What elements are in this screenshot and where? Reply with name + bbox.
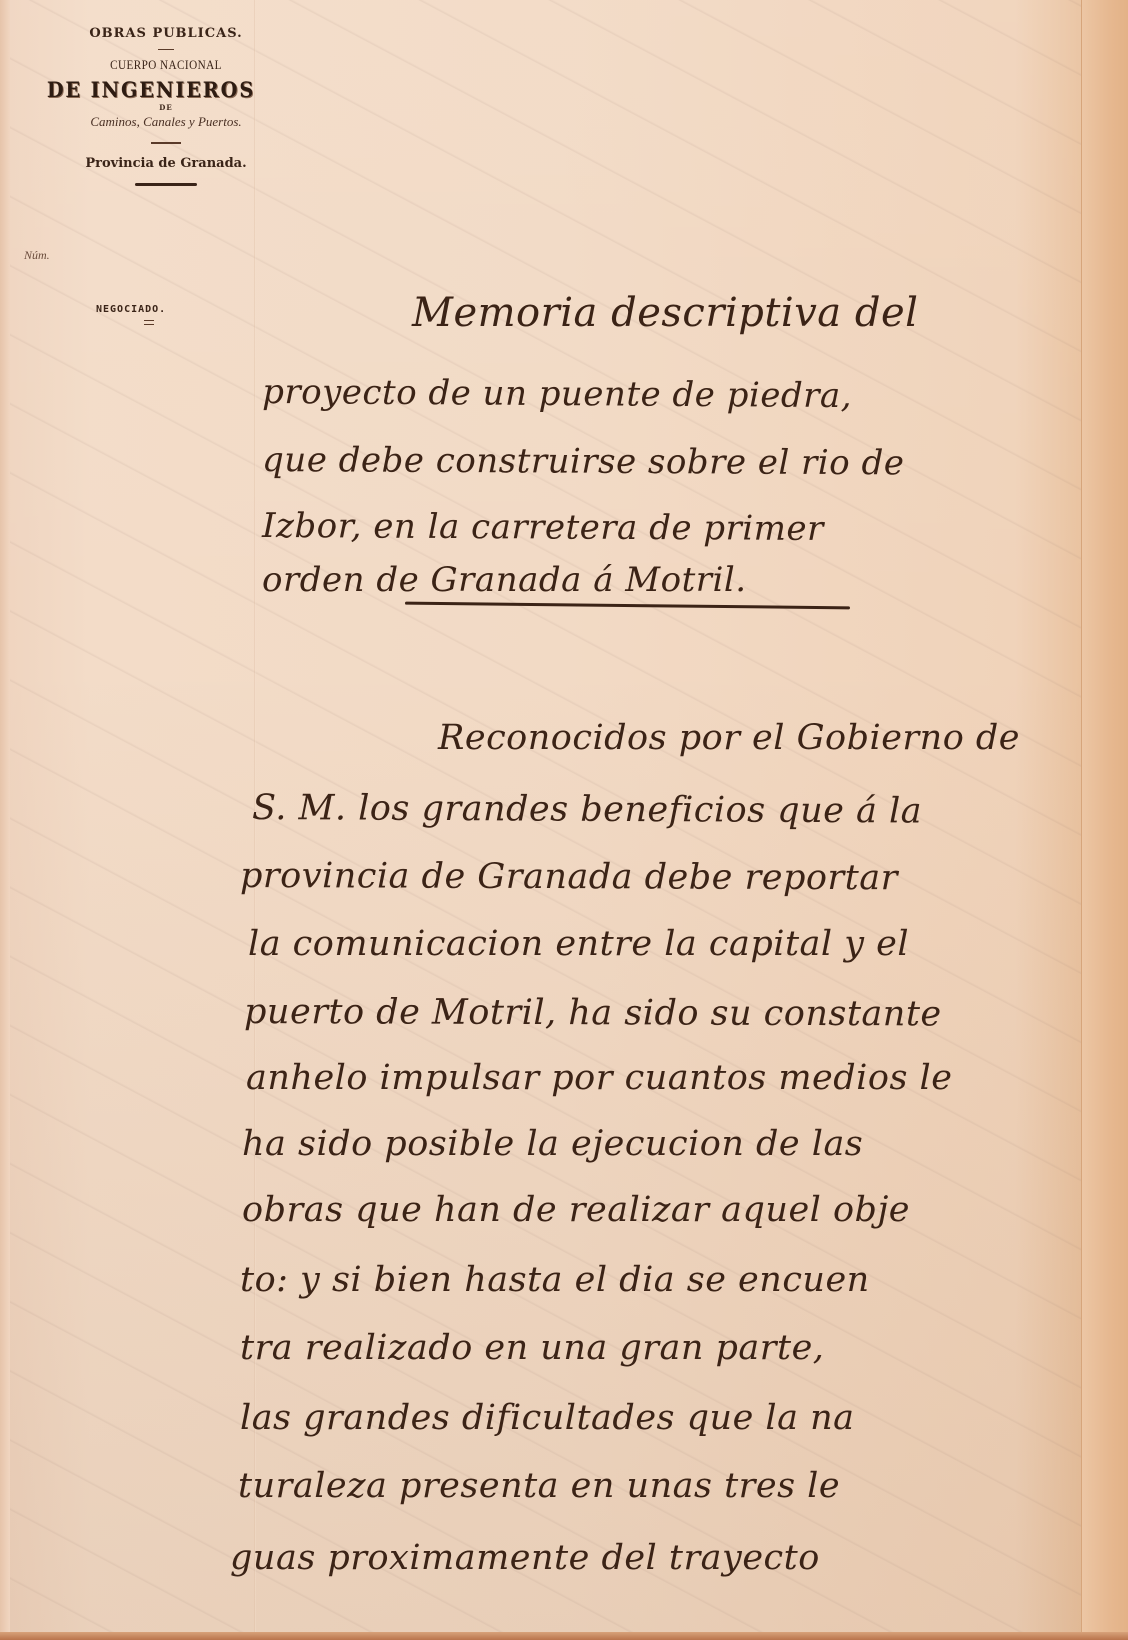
body-line: las grandes dificultades que la na [240, 1398, 855, 1438]
letterhead-province: Provincia de Granada. [50, 156, 282, 171]
body-line: guas proximamente del trayecto [230, 1538, 820, 1578]
body-line: obras que han de realizar aquel obje [242, 1190, 910, 1230]
title-line: Izbor, en la carretera de primer [262, 506, 824, 549]
letterhead-divider [135, 183, 197, 186]
body-line: la comunicacion entre la capital y el [248, 924, 909, 964]
letterhead-corps-line2: DE INGENIEROS [30, 77, 271, 102]
body-line: puerto de Motril, ha sido su constante [244, 992, 942, 1034]
manuscript-page: OBRAS PUBLICAS. CUERPO NACIONAL DE INGEN… [0, 0, 1128, 1640]
body-line: anhelo impulsar por cuantos medios le [246, 1058, 952, 1098]
letterhead-section-rule [144, 320, 154, 325]
body-line: S. M. los grandes beneficios que á la [252, 788, 922, 832]
page-left-edge [0, 0, 10, 1640]
body-line: ha sido posible la ejecucion de las [242, 1124, 863, 1164]
page-bottom-edge [0, 1632, 1128, 1640]
letterhead-section-label: NEGOCIADO. [96, 304, 166, 315]
letterhead: OBRAS PUBLICAS. CUERPO NACIONAL DE INGEN… [20, 26, 282, 186]
body-line: Reconocidos por el Gobierno de [438, 718, 1020, 758]
title-line: orden de Granada á Motril. [262, 560, 747, 600]
body-line: turaleza presenta en unas tres le [238, 1466, 840, 1506]
title-line: que debe construirse sobre el rio de [262, 440, 905, 483]
letterhead-number-label: Núm. [24, 248, 50, 263]
letterhead-divider [158, 49, 174, 50]
adjacent-sheet-edge [1081, 0, 1128, 1640]
letterhead-connector: DE [50, 103, 282, 112]
body-line: to: y si bien hasta el dia se encuen [240, 1260, 870, 1300]
body-line: provincia de Granada debe reportar [240, 856, 898, 898]
title-underline [405, 602, 850, 610]
letterhead-department: OBRAS PUBLICAS. [50, 26, 282, 41]
title-line: Memoria descriptiva del [412, 290, 918, 336]
letterhead-divider [151, 142, 181, 144]
title-line: proyecto de un puente de piedra, [262, 372, 852, 416]
letterhead-corps-line3: Caminos, Canales y Puertos. [50, 114, 282, 130]
body-line: tra realizado en una gran parte, [240, 1328, 824, 1368]
letterhead-corps-line1: CUERPO NACIONAL [66, 57, 266, 73]
